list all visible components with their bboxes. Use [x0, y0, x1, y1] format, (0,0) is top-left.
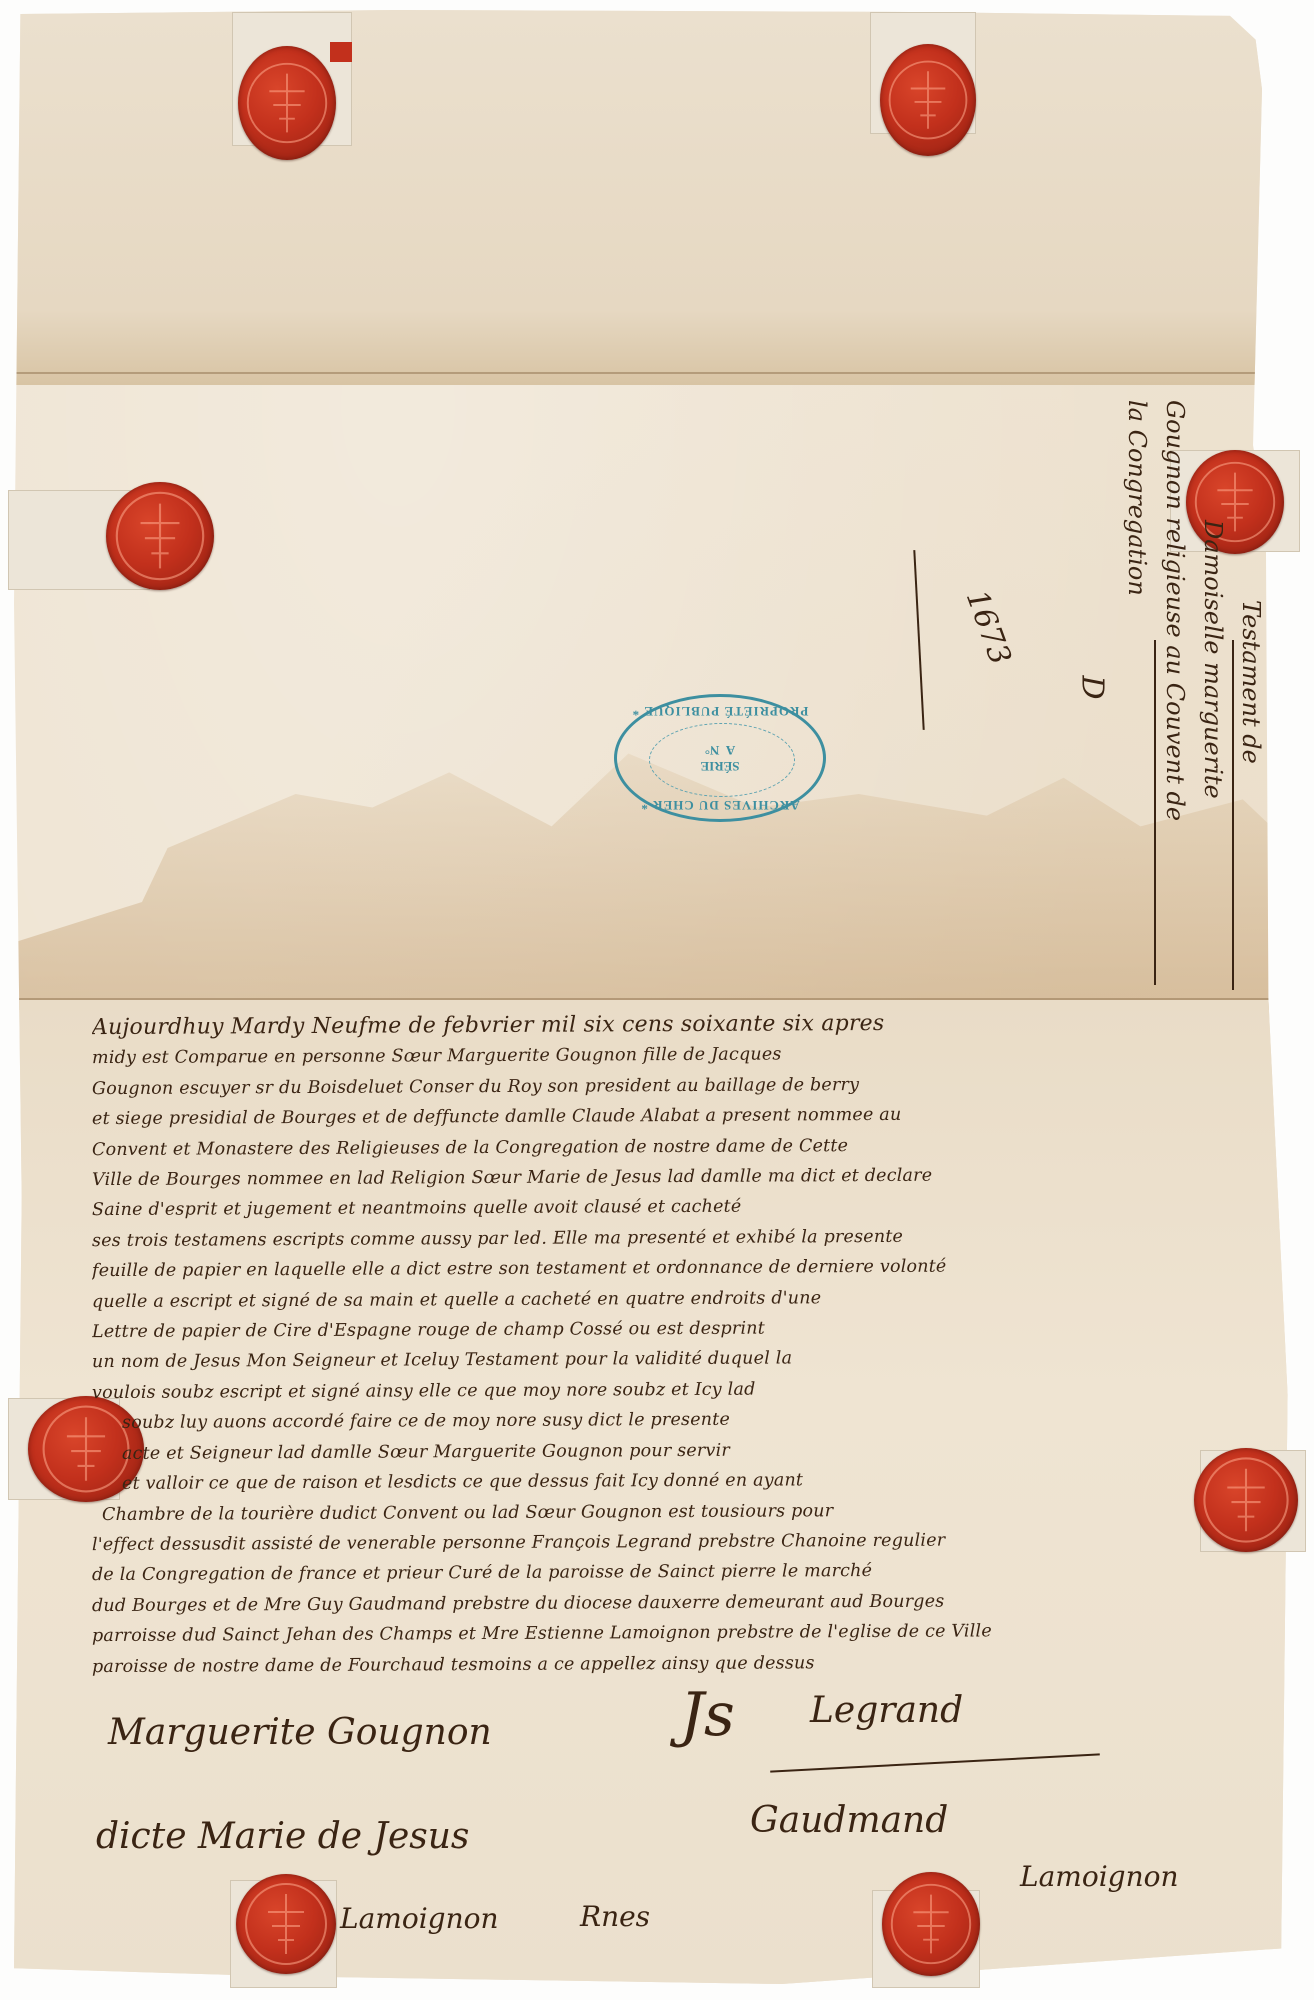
signature-lamoignon-right: Lamoignon: [1020, 1860, 1179, 1893]
wax-seal-icon: [238, 46, 336, 160]
signature-testator-religious-name: dicte Marie de Jesus: [96, 1816, 469, 1857]
endorsement-line: Gougnon religieuse au Couvent de: [1156, 400, 1194, 960]
signature-gaudmand: Gaudmand: [750, 1800, 948, 1841]
endorsement-line: Testament de: [1232, 400, 1270, 960]
testament-body: Aujourdhuy Mardy Neufme de febvrier mil …: [92, 1010, 1272, 1679]
stamp-ring-bottom: PROPRIÉTÉ PUBLIQUE *: [617, 703, 823, 719]
endorsement-rule: [1154, 640, 1156, 985]
wax-seal-icon: [106, 482, 214, 590]
wax-seal-icon: [236, 1874, 336, 1974]
stamp-inner-ring: [649, 723, 795, 797]
wax-fragment: [330, 42, 352, 62]
signature-legrand: Legrand: [810, 1690, 963, 1731]
endorsement-line: Damoiselle marguerite: [1194, 400, 1232, 960]
top-panel: [14, 10, 1294, 385]
signature-lamoignon-left: Lamoignon: [340, 1902, 499, 1935]
archive-stamp: ARCHIVES DU CHER * SÉRIE A N° PROPRIÉTÉ …: [614, 694, 826, 822]
body-line: paroisse de nostre dame de Fourchaud tes…: [92, 1645, 1272, 1682]
wax-seal-icon: [880, 44, 976, 156]
wax-seal-icon: [882, 1872, 980, 1976]
notary-paraph: Js: [680, 1680, 735, 1750]
endorsement: Testament de Damoiselle marguerite Gougn…: [1090, 400, 1270, 960]
manuscript-sheet: [14, 10, 1294, 1988]
endorsement-mark: D: [1075, 675, 1110, 699]
fold-line-upper: [14, 372, 1294, 374]
endorsement-line: la Congregation: [1118, 400, 1156, 960]
signature-testator: Marguerite Gougnon: [108, 1712, 492, 1753]
fold-line-middle: [14, 998, 1294, 1000]
notary-initials: Rnes: [580, 1900, 650, 1933]
endorsement-rule: [1232, 640, 1234, 990]
stamp-ring-top: ARCHIVES DU CHER *: [617, 797, 823, 813]
